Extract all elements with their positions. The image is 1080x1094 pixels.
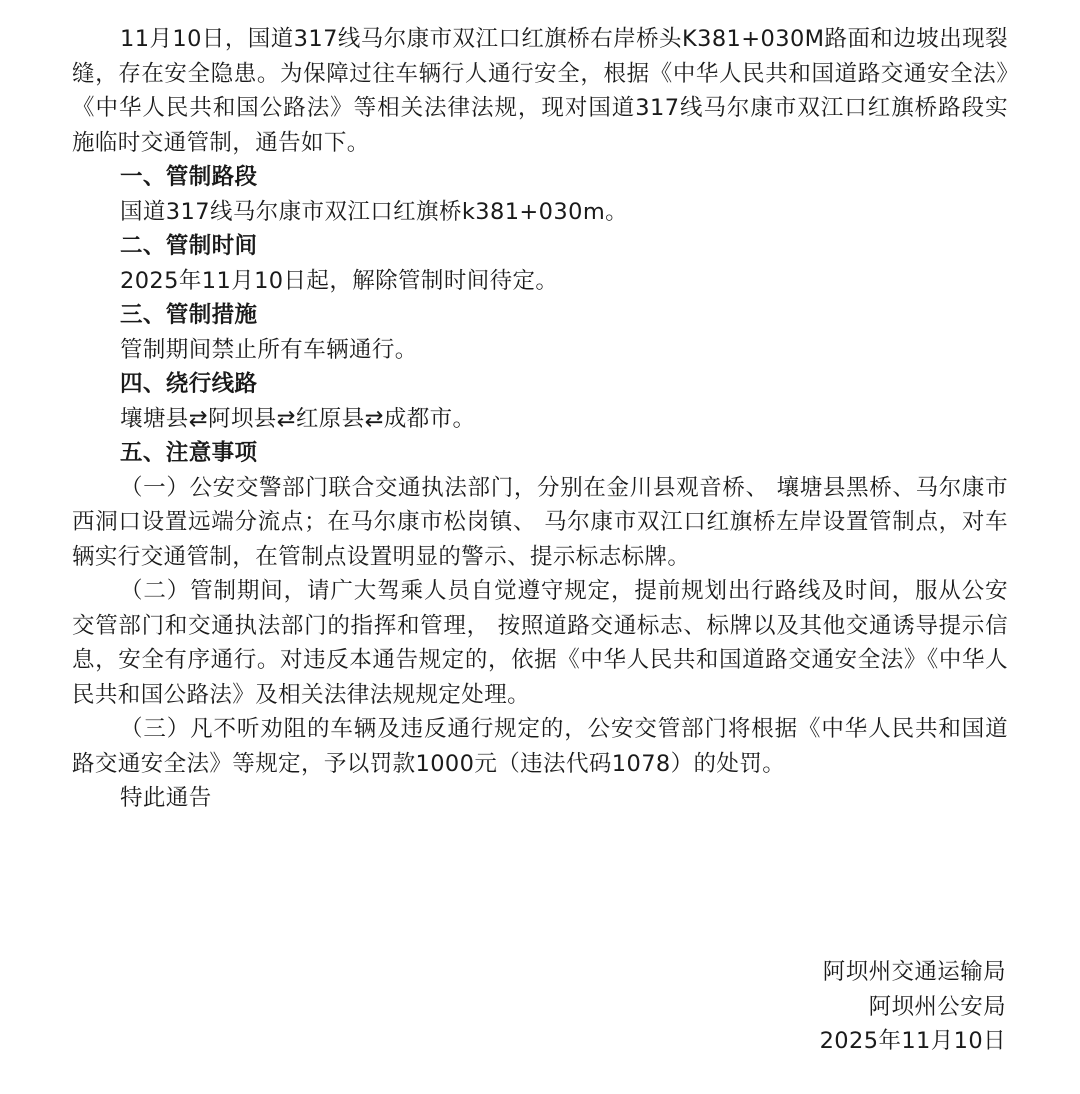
notes-item-2: （二）管制期间，请广大驾乘人员自觉遵守规定，提前规划出行路线及时间，服从公安交管… bbox=[72, 574, 1008, 712]
issuer-public-security-bureau: 阿坝州公安局 bbox=[820, 990, 1006, 1025]
section-body-control-time: 2025年11月10日起，解除管制时间待定。 bbox=[72, 264, 1008, 299]
issue-date: 2025年11月10日 bbox=[820, 1024, 1006, 1059]
section-heading-detour-route: 四、绕行线路 bbox=[72, 367, 1008, 402]
section-body-control-segment: 国道317线马尔康市双江口红旗桥k381+030m。 bbox=[72, 195, 1008, 230]
section-body-control-measures: 管制期间禁止所有车辆通行。 bbox=[72, 333, 1008, 368]
notes-item-1: （一）公安交警部门联合交通执法部门，分别在金川县观音桥、 壤塘县黑桥、马尔康市西… bbox=[72, 471, 1008, 575]
section-heading-control-measures: 三、管制措施 bbox=[72, 298, 1008, 333]
signature-block: 阿坝州交通运输局 阿坝州公安局 2025年11月10日 bbox=[820, 955, 1006, 1059]
section-heading-control-segment: 一、管制路段 bbox=[72, 160, 1008, 195]
section-heading-control-time: 二、管制时间 bbox=[72, 229, 1008, 264]
section-body-detour-route: 壤塘县⇄阿坝县⇄红原县⇄成都市。 bbox=[72, 402, 1008, 437]
closing-statement: 特此通告 bbox=[72, 781, 1008, 816]
section-heading-notes: 五、注意事项 bbox=[72, 436, 1008, 471]
notes-item-3: （三）凡不听劝阻的车辆及违反通行规定的，公安交管部门将根据《中华人民共和国道路交… bbox=[72, 712, 1008, 781]
issuer-transport-bureau: 阿坝州交通运输局 bbox=[820, 955, 1006, 990]
intro-paragraph: 11月10日，国道317线马尔康市双江口红旗桥右岸桥头K381+030M路面和边… bbox=[72, 22, 1008, 160]
notice-document: 11月10日，国道317线马尔康市双江口红旗桥右岸桥头K381+030M路面和边… bbox=[72, 22, 1008, 816]
